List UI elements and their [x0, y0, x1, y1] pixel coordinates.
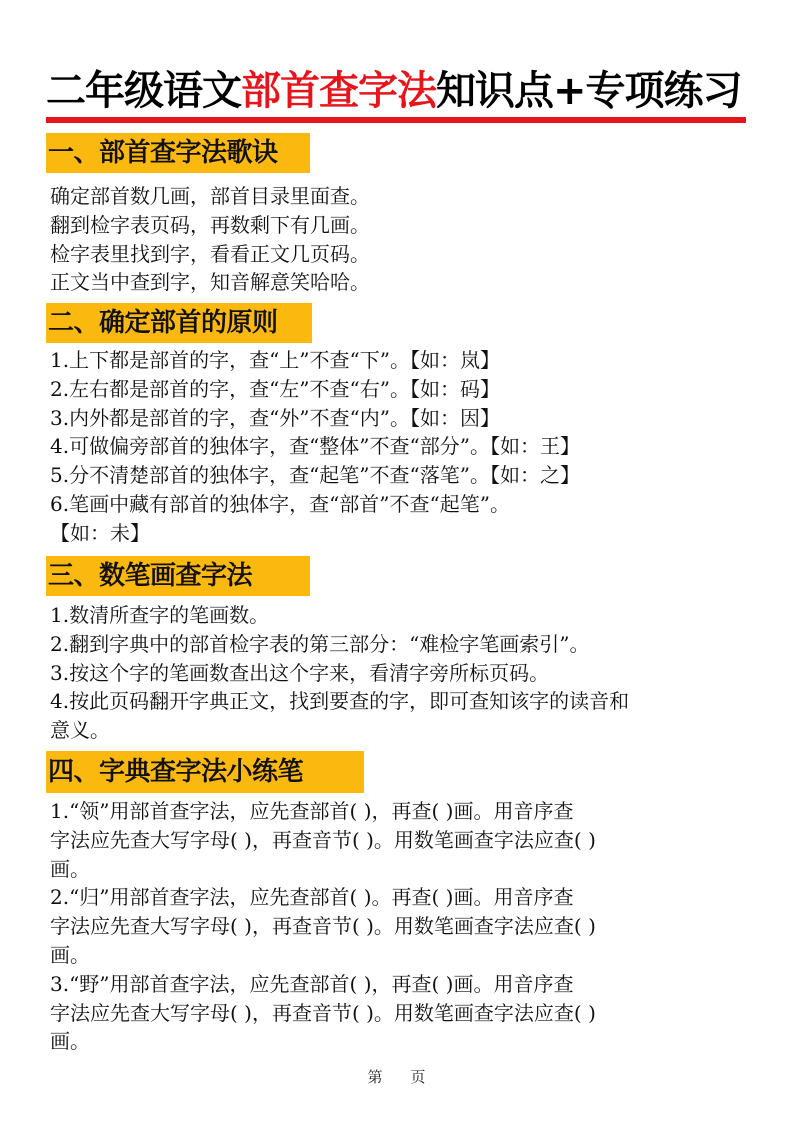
- section-heading-radical-rules: 二、确定部首的原则: [46, 303, 312, 343]
- page-label-right: 页: [411, 1066, 426, 1087]
- step-item: 意义。: [50, 716, 750, 745]
- text-line: 正文当中查到字，知音解意笑哈哈。: [50, 268, 750, 297]
- section-body-stroke-count: 1.数清所查字的笔画数。 2.翻到字典中的部首检字表的第三部分：“难检字笔画索引…: [50, 601, 750, 745]
- text-line: 检字表里找到字，看看正文几页码。: [50, 240, 750, 269]
- rule-item: 2.左右都是部首的字，查“左”不查“右”。【如：码】: [50, 375, 750, 404]
- title-prefix: 二年级语文: [46, 68, 241, 114]
- exercise-line: 2.“归”用部首查字法，应先查部首( )。再查( )画。用音序查: [50, 883, 750, 912]
- page-title: 二年级语文部首查字法知识点+专项练习: [46, 66, 756, 116]
- exercise-line: 画。: [50, 941, 750, 970]
- step-item: 1.数清所查字的笔画数。: [50, 601, 750, 630]
- section-heading-mnemonic: 一、部首查字法歌诀: [46, 133, 310, 173]
- text-line: 翻到检字表页码，再数剩下有几画。: [50, 211, 750, 240]
- section-heading-stroke-count: 三、数笔画查字法: [46, 556, 310, 596]
- rule-item: 3.内外都是部首的字，查“外”不查“内”。【如：因】: [50, 404, 750, 433]
- title-underline: [46, 117, 746, 123]
- text-line: 确定部首数几画，部首目录里面查。: [50, 182, 750, 211]
- exercise-line: 3.“野”用部首查字法，应先查部首( )，再查( )画。用音序查: [50, 970, 750, 999]
- rule-item: 6.笔画中藏有部首的独体字，查“部首”不查“起笔”。: [50, 490, 750, 519]
- rule-item: 1.上下都是部首的字，查“上”不查“下”。【如：岚】: [50, 346, 750, 375]
- step-item: 3.按这个字的笔画数查出这个字来，看清字旁所标页码。: [50, 659, 750, 688]
- section-heading-practice: 四、字典查字法小练笔: [46, 751, 364, 793]
- rule-item: 4.可做偏旁部首的独体字，查“整体”不查“部分”。【如：王】: [50, 432, 750, 461]
- title-accent: 部首查字法: [241, 68, 436, 114]
- step-item: 4.按此页码翻开字典正文，找到要查的字，即可查知该字的读音和: [50, 687, 750, 716]
- exercise-line: 画。: [50, 1027, 750, 1056]
- section-body-practice: 1.“领”用部首查字法，应先查部首( )，再查( )画。用音序查 字法应先查大写…: [50, 797, 750, 1056]
- exercise-line: 字法应先查大写字母( )，再查音节( )。用数笔画查字法应查( ): [50, 912, 750, 941]
- step-item: 2.翻到字典中的部首检字表的第三部分：“难检字笔画索引”。: [50, 630, 750, 659]
- title-suffix: 知识点+专项练习: [436, 68, 742, 114]
- section-body-radical-rules: 1.上下都是部首的字，查“上”不查“下”。【如：岚】 2.左右都是部首的字，查“…: [50, 346, 750, 548]
- rule-item: 5.分不清楚部首的独体字，查“起笔”不查“落笔”。【如：之】: [50, 461, 750, 490]
- section-body-mnemonic: 确定部首数几画，部首目录里面查。 翻到检字表页码，再数剩下有几画。 检字表里找到…: [50, 182, 750, 297]
- rule-item-example: 【如：未】: [50, 519, 750, 548]
- exercise-line: 1.“领”用部首查字法，应先查部首( )，再查( )画。用音序查: [50, 797, 750, 826]
- page-footer: 第页: [0, 1066, 793, 1087]
- exercise-line: 字法应先查大写字母( )，再查音节( )。用数笔画查字法应查( ): [50, 826, 750, 855]
- exercise-line: 字法应先查大写字母( )，再查音节( )。用数笔画查字法应查( ): [50, 999, 750, 1028]
- page-label-left: 第: [367, 1066, 382, 1087]
- exercise-line: 画。: [50, 855, 750, 884]
